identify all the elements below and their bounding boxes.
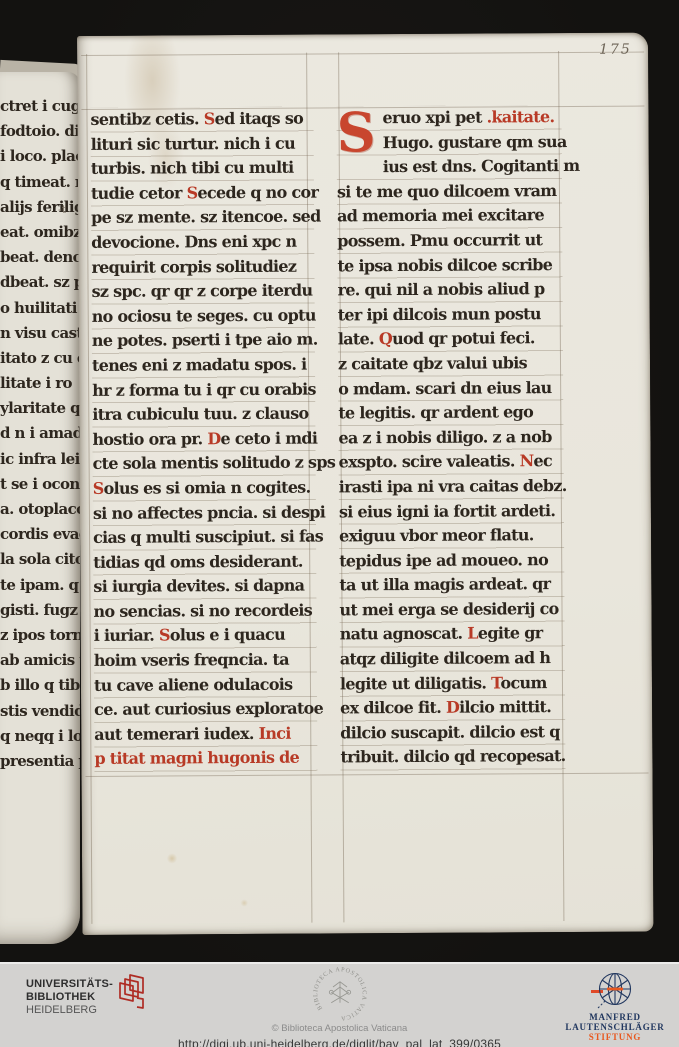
manuscript-text-line: re. qui nil a nobis aliud p [337, 277, 562, 303]
manuscript-text-line: no sencias. si no recordeis [93, 598, 316, 624]
facing-page-text-fragment: z ipos tornid [0, 623, 80, 648]
manuscript-text-line: tepidus ipe ad moueo. no [339, 548, 564, 574]
facing-page-text-fragment: q neqq i lo [0, 724, 80, 749]
vatican-copyright: © Biblioteca Apostolica Vaticana [160, 1023, 520, 1034]
manuscript-text-line: si eius igni ia fortit ardeti. [339, 499, 564, 525]
ub-book-icon [112, 972, 154, 1021]
manuscript-text-line: cte sola mentis solitudo z sps [93, 451, 316, 477]
facing-page-text-fragment: te ipam. q t [0, 573, 80, 598]
manuscript-text-line: dilcio suscapit. dilcio est q [340, 720, 565, 746]
facing-page-text-fragment: dbeat. sz pa [0, 270, 80, 295]
manuscript-text-line: cias q multi suscipiut. si fas [93, 525, 316, 551]
facing-page-text-fragment: o huilitati [0, 296, 80, 321]
margin-note: -t [58, 203, 66, 216]
manuscript-text-line: irasti ipa ni vra caitas debz. [339, 474, 564, 500]
manuscript-text-line: te ipsa nobis dilcoe scribe [337, 253, 562, 279]
manuscript-text-line: tribuit. dilcio qd recopesat. [340, 744, 565, 770]
manuscript-text-line: lituri sic turtur. nich i cu [91, 131, 314, 157]
manuscript-text-line: tudie cetor Secede q no cor [91, 180, 314, 206]
manuscript-text-line: si no affectes pncia. si despi [93, 500, 316, 526]
facing-page-text-fragment: litate i ro [0, 371, 80, 396]
manuscript-text-line: exiguu vbor meor flatu. [339, 523, 564, 549]
vatican-seal-icon: BIBLIOTECA APOSTOLICA VATICANA [311, 966, 369, 1022]
manuscript-text-line: ce. aut curiosius exploratoe [94, 697, 317, 723]
manuscript-text-line: itra cubiculu tuu. z clauso [92, 402, 315, 428]
manuscript-text-line: sz spc. qr qr z corpe iterdu [91, 279, 314, 305]
manuscript-text-line: ter ipi dilcois mun postu [338, 302, 563, 328]
manuscript-text-line: ne potes. pserti i tpe aio m. [92, 328, 315, 354]
vatican-block: BIBLIOTECA APOSTOLICA VATICANA © Bibliot… [160, 964, 520, 1047]
manuscript-text-line: si te me quo dilcoem vram [337, 179, 562, 205]
facing-page-text-fragment: ic infra lei [0, 447, 80, 472]
manuscript-text-line: ea z i nobis diligo. z a nob [338, 425, 563, 451]
manuscript-text-line: ad memoria mei excitare [337, 203, 562, 229]
manuscript-text-line: sentibz cetis. Sed itaqs so [90, 107, 313, 133]
mls-name-line2: LAUTENSCHLÄGER [555, 1022, 675, 1032]
manuscript-text-line: Solus es si omia n cogites. [93, 475, 316, 501]
folio-number: 175 [599, 42, 649, 58]
mls-name-line3: STIFTUNG [555, 1032, 675, 1042]
facing-page-text-fragment: b illo q tibi [0, 673, 80, 698]
manuscript-text-line: ex dilcoe fit. Dilcio mittit. [340, 695, 565, 721]
facing-page-text-fragment: alijs ferilig [0, 195, 80, 220]
illuminated-initial: S [336, 109, 376, 157]
manuscript-text-line: late. Quod qr potui feci. [338, 326, 563, 352]
ub-logo-line3: HEIDELBERG [26, 1004, 113, 1017]
facing-page-text-fragment: d n i amad [0, 421, 80, 446]
ruling-line-horizontal [86, 773, 649, 777]
manuscript-text-line: i iuriar. Solus e i quacu [94, 623, 317, 649]
mls-name-line1: MANFRED [555, 1012, 675, 1022]
svg-text:BIBLIOTECA APOSTOLICA VATICANA: BIBLIOTECA APOSTOLICA VATICANA [311, 966, 367, 1021]
left-text-column: sentibz cetis. Sed itaqs solituri sic tu… [90, 107, 317, 773]
manuscript-text-line: z caitate qbz valui ubis [338, 351, 563, 377]
source-url: http://digi.ub.uni-heidelberg.de/diglit/… [160, 1037, 520, 1047]
manuscript-text-line: tenes eni z madatu spos. i [92, 352, 315, 378]
manuscript-text-line: possem. Pmu occurrit ut [337, 228, 562, 254]
facing-page-text-fragment: la sola cito [0, 547, 80, 572]
manuscript-text-line: natu agnoscat. Legite gr [340, 622, 565, 648]
facing-page-text-fragment: ylaritate q [0, 396, 80, 421]
manuscript-text-line: tu cave aliene odulacois [94, 672, 317, 698]
facing-page-text-fragment: itato z cu elo [0, 346, 80, 371]
footer-bar: UNIVERSITÄTS- BIBLIOTHEK HEIDELBERG [0, 962, 679, 1047]
manuscript-text-line: tidias qd oms desiderant. [93, 549, 316, 575]
manuscript-text-line: atqz diligite dilcoem ad h [340, 646, 565, 672]
manuscript-text-line: legite ut diligatis. Tocum [340, 671, 565, 697]
facing-page-text-fragment: a. otoplacoi. [0, 497, 80, 522]
facing-page-text-fragment: t se i ocone [0, 472, 80, 497]
facing-page-text-fragment: presentia p [0, 749, 80, 774]
scan-background: ctret i cuglo.fodtoio. diui loco. placiq… [0, 0, 679, 1047]
manuscript-page: 175 sentibz cetis. Sed itaqs solituri si… [77, 33, 653, 935]
facing-page-text-fragment: beat. denol le [0, 245, 80, 270]
facing-page-text-fragment: ctret i cuglo. [0, 94, 80, 119]
manuscript-text-line: te legitis. qr ardent ego [338, 400, 563, 426]
facing-page-text-fragment: gisti. fugz [0, 598, 80, 623]
manuscript-text-line: o mdam. scari dn eius lau [338, 376, 563, 402]
facing-page-text-fragment: fodtoio. diu [0, 119, 80, 144]
manuscript-text-line: ut mei erga se desiderij co [339, 597, 564, 623]
manuscript-text-line: devocione. Dns eni xpc n [91, 230, 314, 256]
facing-page-text-fragment: cordis evagi [0, 522, 80, 547]
facing-page-edge: ctret i cuglo.fodtoio. diui loco. placiq… [0, 72, 80, 944]
facing-page-text-fragment: i loco. placi [0, 144, 80, 169]
facing-page-text-fragment: stis vendidit [0, 699, 80, 724]
manuscript-text-line: ta ut illa magis ardeat. qr [339, 572, 564, 598]
manuscript-text-line: no ociosu te seges. cu optu [92, 303, 315, 329]
ub-logo-line1: UNIVERSITÄTS- [26, 978, 113, 991]
ub-logo-line2: BIBLIOTHEK [26, 991, 113, 1004]
facing-page-text-fragment: ab amicis tu [0, 648, 80, 673]
manuscript-text-line: requirit corpis solitudiez [91, 254, 314, 280]
facing-page-text: ctret i cuglo.fodtoio. diui loco. placiq… [0, 72, 80, 774]
facing-page-text-fragment: q timeat. n [0, 170, 80, 195]
ub-heidelberg-logo: UNIVERSITÄTS- BIBLIOTHEK HEIDELBERG [26, 978, 113, 1017]
mls-globe-icon [593, 970, 637, 1012]
facing-page-text-fragment: n visu castit [0, 321, 80, 346]
manuscript-text-line: si iurgia devites. si dapna [93, 574, 316, 600]
manuscript-text-line: turbis. nich tibi cu multi [91, 156, 314, 182]
right-text-column: S eruo xpi pet .kaitate.Hugo. gustare qm… [336, 105, 565, 771]
manuscript-text-line: hostio ora pr. De ceto i mdi [92, 426, 315, 452]
manuscript-text-line: hoim vseris freqncia. ta [94, 648, 317, 674]
facing-page-text-fragment: eat. omibz le [0, 220, 80, 245]
manuscript-text-line: exspto. scire valeatis. Nec [339, 449, 564, 475]
manuscript-text-line: pe sz mente. sz itencoe. sed [91, 205, 314, 231]
manuscript-text-line: aut temerari iudex. Inci [94, 721, 317, 747]
manuscript-text-line: hr z forma tu i qr cu orabis [92, 377, 315, 403]
mls-foundation-logo: MANFRED LAUTENSCHLÄGER STIFTUNG [555, 970, 675, 1042]
manuscript-text-line: p titat magni hugonis de [94, 746, 317, 772]
ruling-line-horizontal [81, 52, 644, 56]
